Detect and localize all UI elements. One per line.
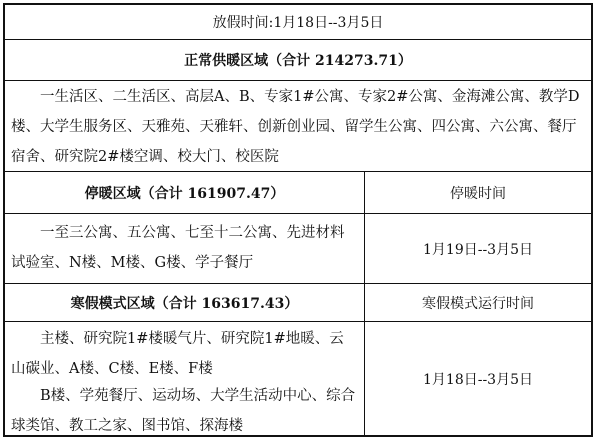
normal-heating-areas-row: 一生活区、二生活区、高层A、B、专家1#公寓、专家2#公寓、金海滩公寓、教学D楼… [5,81,591,172]
holiday-time: 放假时间:1月18日--3月5日 [5,5,591,39]
normal-heating-header: 正常供暖区域（合计 214273.71） [5,40,591,80]
heating-schedule-table: 放假时间:1月18日--3月5日 正常供暖区域（合计 214273.71） 一生… [3,3,593,437]
stop-heating-row: 一至三公寓、五公寓、七至十二公寓、先进材料试验室、N楼、M楼、G楼、学子餐厅 1… [5,214,591,284]
winter-mode-header: 寒假模式区域（合计 163617.43） [5,284,365,321]
winter-mode-row: 主楼、研究院1#楼暖气片、研究院1#地暖、云山碳业、A楼、C楼、E楼、F楼 B楼… [5,322,591,435]
normal-heating-areas: 一生活区、二生活区、高层A、B、专家1#公寓、专家2#公寓、金海滩公寓、教学D楼… [11,82,585,172]
winter-mode-areas-cell: 主楼、研究院1#楼暖气片、研究院1#地暖、云山碳业、A楼、C楼、E楼、F楼 B楼… [5,322,365,435]
winter-mode-time-header: 寒假模式运行时间 [365,284,591,321]
stop-heating-areas: 一至三公寓、五公寓、七至十二公寓、先进材料试验室、N楼、M楼、G楼、学子餐厅 [11,218,358,278]
stop-heating-header-row: 停暖区域（合计 161907.47） 停暖时间 [5,172,591,214]
winter-mode-areas-1: 主楼、研究院1#楼暖气片、研究院1#地暖、云山碳业、A楼、C楼、E楼、F楼 [11,324,358,384]
normal-heating-header-row: 正常供暖区域（合计 214273.71） [5,40,591,81]
stop-heating-header: 停暖区域（合计 161907.47） [5,172,365,213]
stop-heating-time: 1月19日--3月5日 [365,214,591,283]
holiday-row: 放假时间:1月18日--3月5日 [5,5,591,40]
winter-mode-time: 1月18日--3月5日 [365,322,591,435]
winter-mode-header-row: 寒假模式区域（合计 163617.43） 寒假模式运行时间 [5,284,591,322]
winter-mode-areas-2: B楼、学苑餐厅、运动场、大学生活动中心、综合球类馆、教工之家、图书馆、探海楼 [11,381,358,441]
stop-heating-areas-cell: 一至三公寓、五公寓、七至十二公寓、先进材料试验室、N楼、M楼、G楼、学子餐厅 [5,214,365,283]
stop-heating-time-header: 停暖时间 [365,172,591,213]
